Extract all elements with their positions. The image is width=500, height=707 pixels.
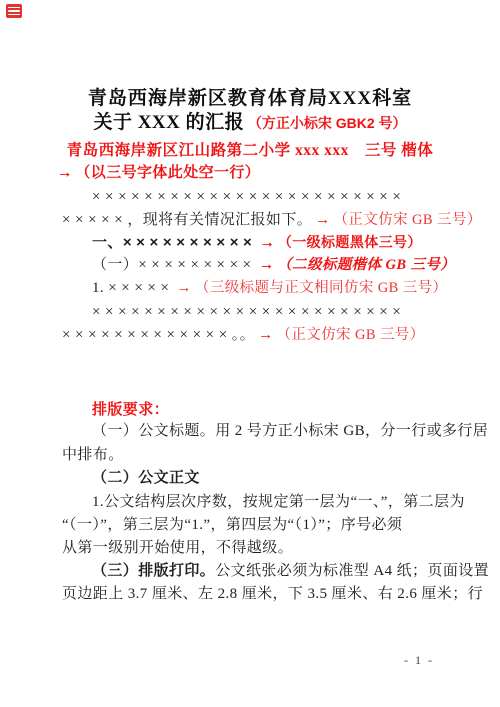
blank-line-note: →（以三号字体此处空一行）	[54, 163, 470, 184]
heading2-line: （一）×××××××××→（二级标题楷体 GB 三号）	[62, 255, 470, 276]
heading3-line: 1. ×××××→（三级标题与正文相同仿宋 GB 三号）	[62, 278, 470, 299]
heading3-number: 1.	[92, 280, 108, 296]
sender-line: 青岛西海岸新区江山路第二小学 xxx xxx 三号 楷体	[0, 140, 500, 161]
title-line2-text: 关于 XXX 的汇报	[93, 112, 244, 133]
requirement-4-text: 公文纸张必须为标准型 A4 纸；页面设置	[215, 563, 489, 579]
requirement-3-line2: “（一）”，第三层为“1.”，第四层为“（1）”；序号必须	[62, 515, 470, 536]
requirement-4-line1: （三）排版打印。公文纸张必须为标准型 A4 纸；页面设置	[62, 561, 470, 582]
placeholder-x-run: ××××××××××	[123, 234, 257, 251]
body-font-annotation: （正文仿宋 GB 三号）	[334, 212, 482, 228]
body-line-3: ××××××××××××××××××××××××	[62, 302, 470, 323]
placeholder-x-run: ×××××	[62, 212, 127, 228]
body-line-2: ×××××，现将有关情况汇报如下。→（正文仿宋 GB 三号）	[62, 210, 470, 231]
arrow-icon: →	[256, 235, 277, 251]
red-document-icon	[6, 4, 22, 18]
heading2-number: （一）	[92, 257, 138, 273]
requirement-3-line3: 从第一级别开始使用，不得越级。	[62, 538, 470, 559]
heading1-number: 一、	[92, 234, 123, 251]
placeholder-x-run: ×××××××××××××	[62, 327, 232, 343]
arrow-icon: →	[255, 327, 276, 343]
requirement-4-line2: 页边距上 3.7 厘米、左 2.8 厘米，下 3.5 厘米、右 2.6 厘米；行	[62, 584, 470, 605]
blank-line-note-text: （以三号字体此处空一行）	[75, 165, 260, 181]
placeholder-x-run: ××××××××××××××××××××××××	[92, 304, 405, 320]
requirement-1-line1: （一）公文标题。用 2 号方正小标宋 GB，分一行或多行居	[62, 421, 470, 442]
page-number: - 1 -	[404, 653, 434, 668]
arrow-icon: →	[256, 257, 277, 273]
heading1-line: 一、××××××××××→（一级标题黑体三号）	[62, 232, 470, 253]
placeholder-x-run: ×××××××××	[138, 257, 256, 273]
document-page: 青岛西海岸新区教育体育局XXX科室 关于 XXX 的汇报 （方正小标宋 GBK2…	[0, 0, 500, 707]
requirement-2-heading: （二）公文正文	[62, 468, 470, 489]
body-text: 。。	[232, 327, 255, 343]
arrow-icon: →	[312, 212, 333, 228]
placeholder-x-run: ××××××××××××××××××××××××	[92, 189, 405, 205]
requirement-4-title: （三）排版打印。	[92, 563, 215, 579]
document-title-line2: 关于 XXX 的汇报 （方正小标宋 GBK2 号）	[0, 112, 500, 133]
arrow-icon: →	[54, 165, 75, 181]
body-line-4: ×××××××××××××。。→（正文仿宋 GB 三号）	[62, 325, 470, 346]
heading2-annotation: （二级标题楷体 GB 三号）	[277, 257, 455, 273]
body-text: ，现将有关情况汇报如下。	[127, 212, 312, 228]
requirement-1-line2: 中排布。	[62, 445, 470, 466]
heading1-annotation: （一级标题黑体三号）	[278, 234, 422, 250]
body-line-1: ××××××××××××××××××××××××	[62, 187, 470, 208]
document-title-line1: 青岛西海岸新区教育体育局XXX科室	[0, 88, 500, 109]
placeholder-x-run: ×××××	[108, 280, 173, 296]
requirements-heading: 排版要求：	[92, 399, 470, 420]
body-font-annotation: （正文仿宋 GB 三号）	[277, 327, 425, 343]
heading3-annotation: （三级标题与正文相同仿宋 GB 三号）	[195, 280, 448, 296]
arrow-icon: →	[174, 280, 195, 296]
title-font-annotation: （方正小标宋 GBK2 号）	[248, 115, 407, 131]
requirement-3-line1: 1.公文结构层次序数，按规定第一层为“一、”，第二层为	[62, 492, 470, 513]
